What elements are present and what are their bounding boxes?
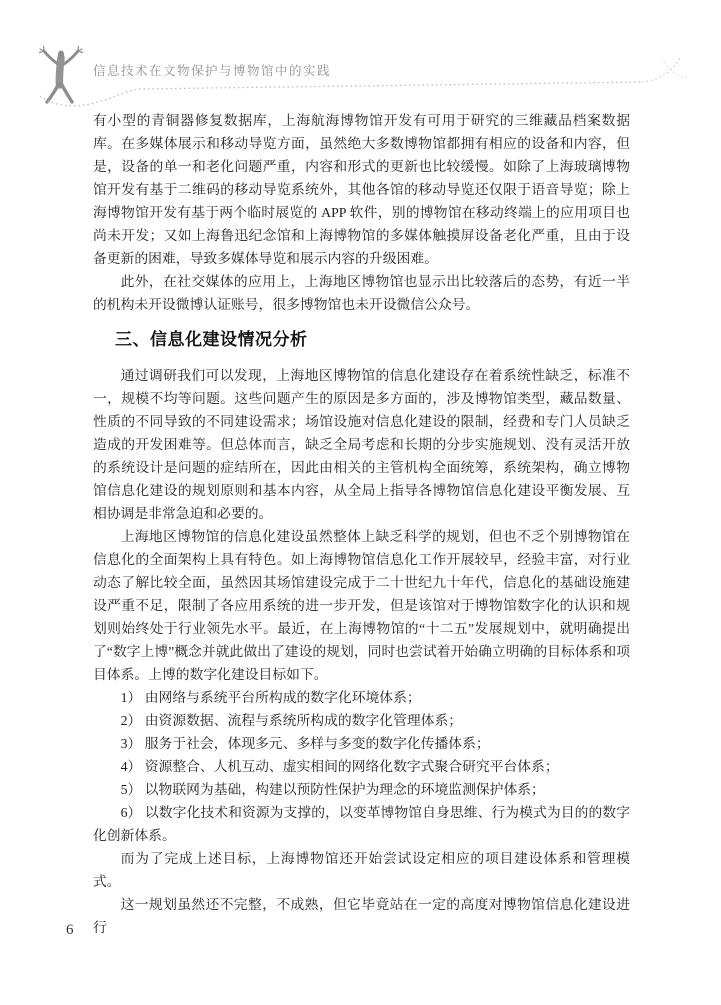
page-number: 6 [66,922,74,939]
book-page: 信息技术在文物保护与博物馆中的实践 有小型的青铜器修复数据库，上海航海博物馆开发… [0,0,721,1005]
goal-item-6: 6） 以数字化技术和资源为支撑的，以变革博物馆自身思维、行为模式为目的的数字化创… [93,801,630,847]
running-title: 信息技术在文物保护与博物馆中的实践 [93,61,331,79]
goal-item-2: 2） 由资源数据、流程与系统所构成的数字化管理体系； [93,709,630,732]
paragraph-management: 而为了完成上述目标，上海博物馆还开始尝试设定相应的项目建设体系和管理模式。 [93,847,630,893]
paragraph-social-media: 此外，在社交媒体的应用上，上海地区博物馆也显示出比较落后的态势，有近一半的机构未… [93,270,630,316]
goal-item-3: 3） 服务于社会，体现多元、多样与多变的数字化传播体系； [93,732,630,755]
dancing-figure-icon [36,46,86,110]
goal-item-5: 5） 以物联网为基础，构建以预防性保护为理念的环境监测保护体系； [93,778,630,801]
paragraph-survey: 通过调研我们可以发现，上海地区博物馆的信息化建设存在着系统性缺乏，标准不一，规模… [93,364,630,525]
paragraph-features: 上海地区博物馆的信息化建设虽然整体上缺乏科学的规划，但也不乏个别博物馆在信息化的… [93,525,630,686]
section-heading: 三、信息化建设情况分析 [115,328,630,352]
body-text: 有小型的青铜器修复数据库，上海航海博物馆开发有可用于研究的三维藏品档案数据库。在… [93,109,630,939]
paragraph-conclusion: 这一规划虽然还不完整，不成熟，但它毕竟站在一定的高度对博物馆信息化建设进行 [93,893,630,939]
goal-item-1: 1） 由网络与系统平台所构成的数字化环境体系； [93,686,630,709]
goal-item-4: 4） 资源整合、人机互动、虚实相间的网络化数字式聚合研究平台体系； [93,755,630,778]
paragraph-continuation: 有小型的青铜器修复数据库，上海航海博物馆开发有可用于研究的三维藏品档案数据库。在… [93,109,630,270]
